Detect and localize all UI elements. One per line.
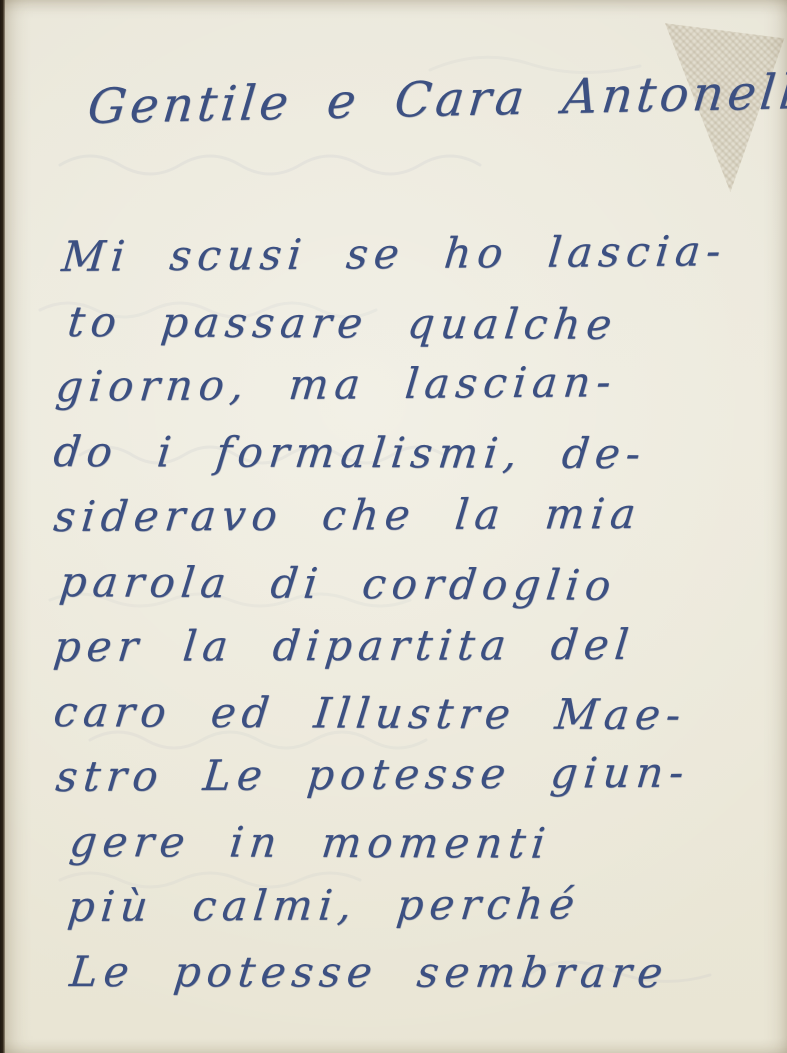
handwritten-line: stro Le potesse giun- (53, 739, 787, 809)
handwritten-line: Le potesse sembrare (67, 939, 787, 1005)
handwritten-line: più calmi, perché (65, 871, 787, 940)
handwritten-line: parola di cordoglio (56, 549, 787, 619)
handwritten-line: per la dipartita del (51, 612, 787, 680)
handwritten-line: do i formalismi, de- (50, 419, 787, 487)
handwritten-line: sideravo che la mia (51, 481, 787, 550)
letter-content: Gentile e Cara Antonella, Mi scusi se ho… (0, 0, 787, 1053)
handwritten-line: caro ed Illustre Mae- (50, 679, 787, 748)
letter-body: Mi scusi se ho lascia- to passare qualch… (54, 224, 787, 1004)
salutation-line: Gentile e Cara Antonella, (85, 61, 787, 138)
handwritten-line: giorno, ma lascian- (53, 348, 787, 419)
scanned-letter-page: Gentile e Cara Antonella, Mi scusi se ho… (0, 0, 787, 1053)
handwritten-line: Mi scusi se ho lascia- (59, 218, 787, 289)
handwritten-line: gere in momenti (66, 809, 787, 877)
